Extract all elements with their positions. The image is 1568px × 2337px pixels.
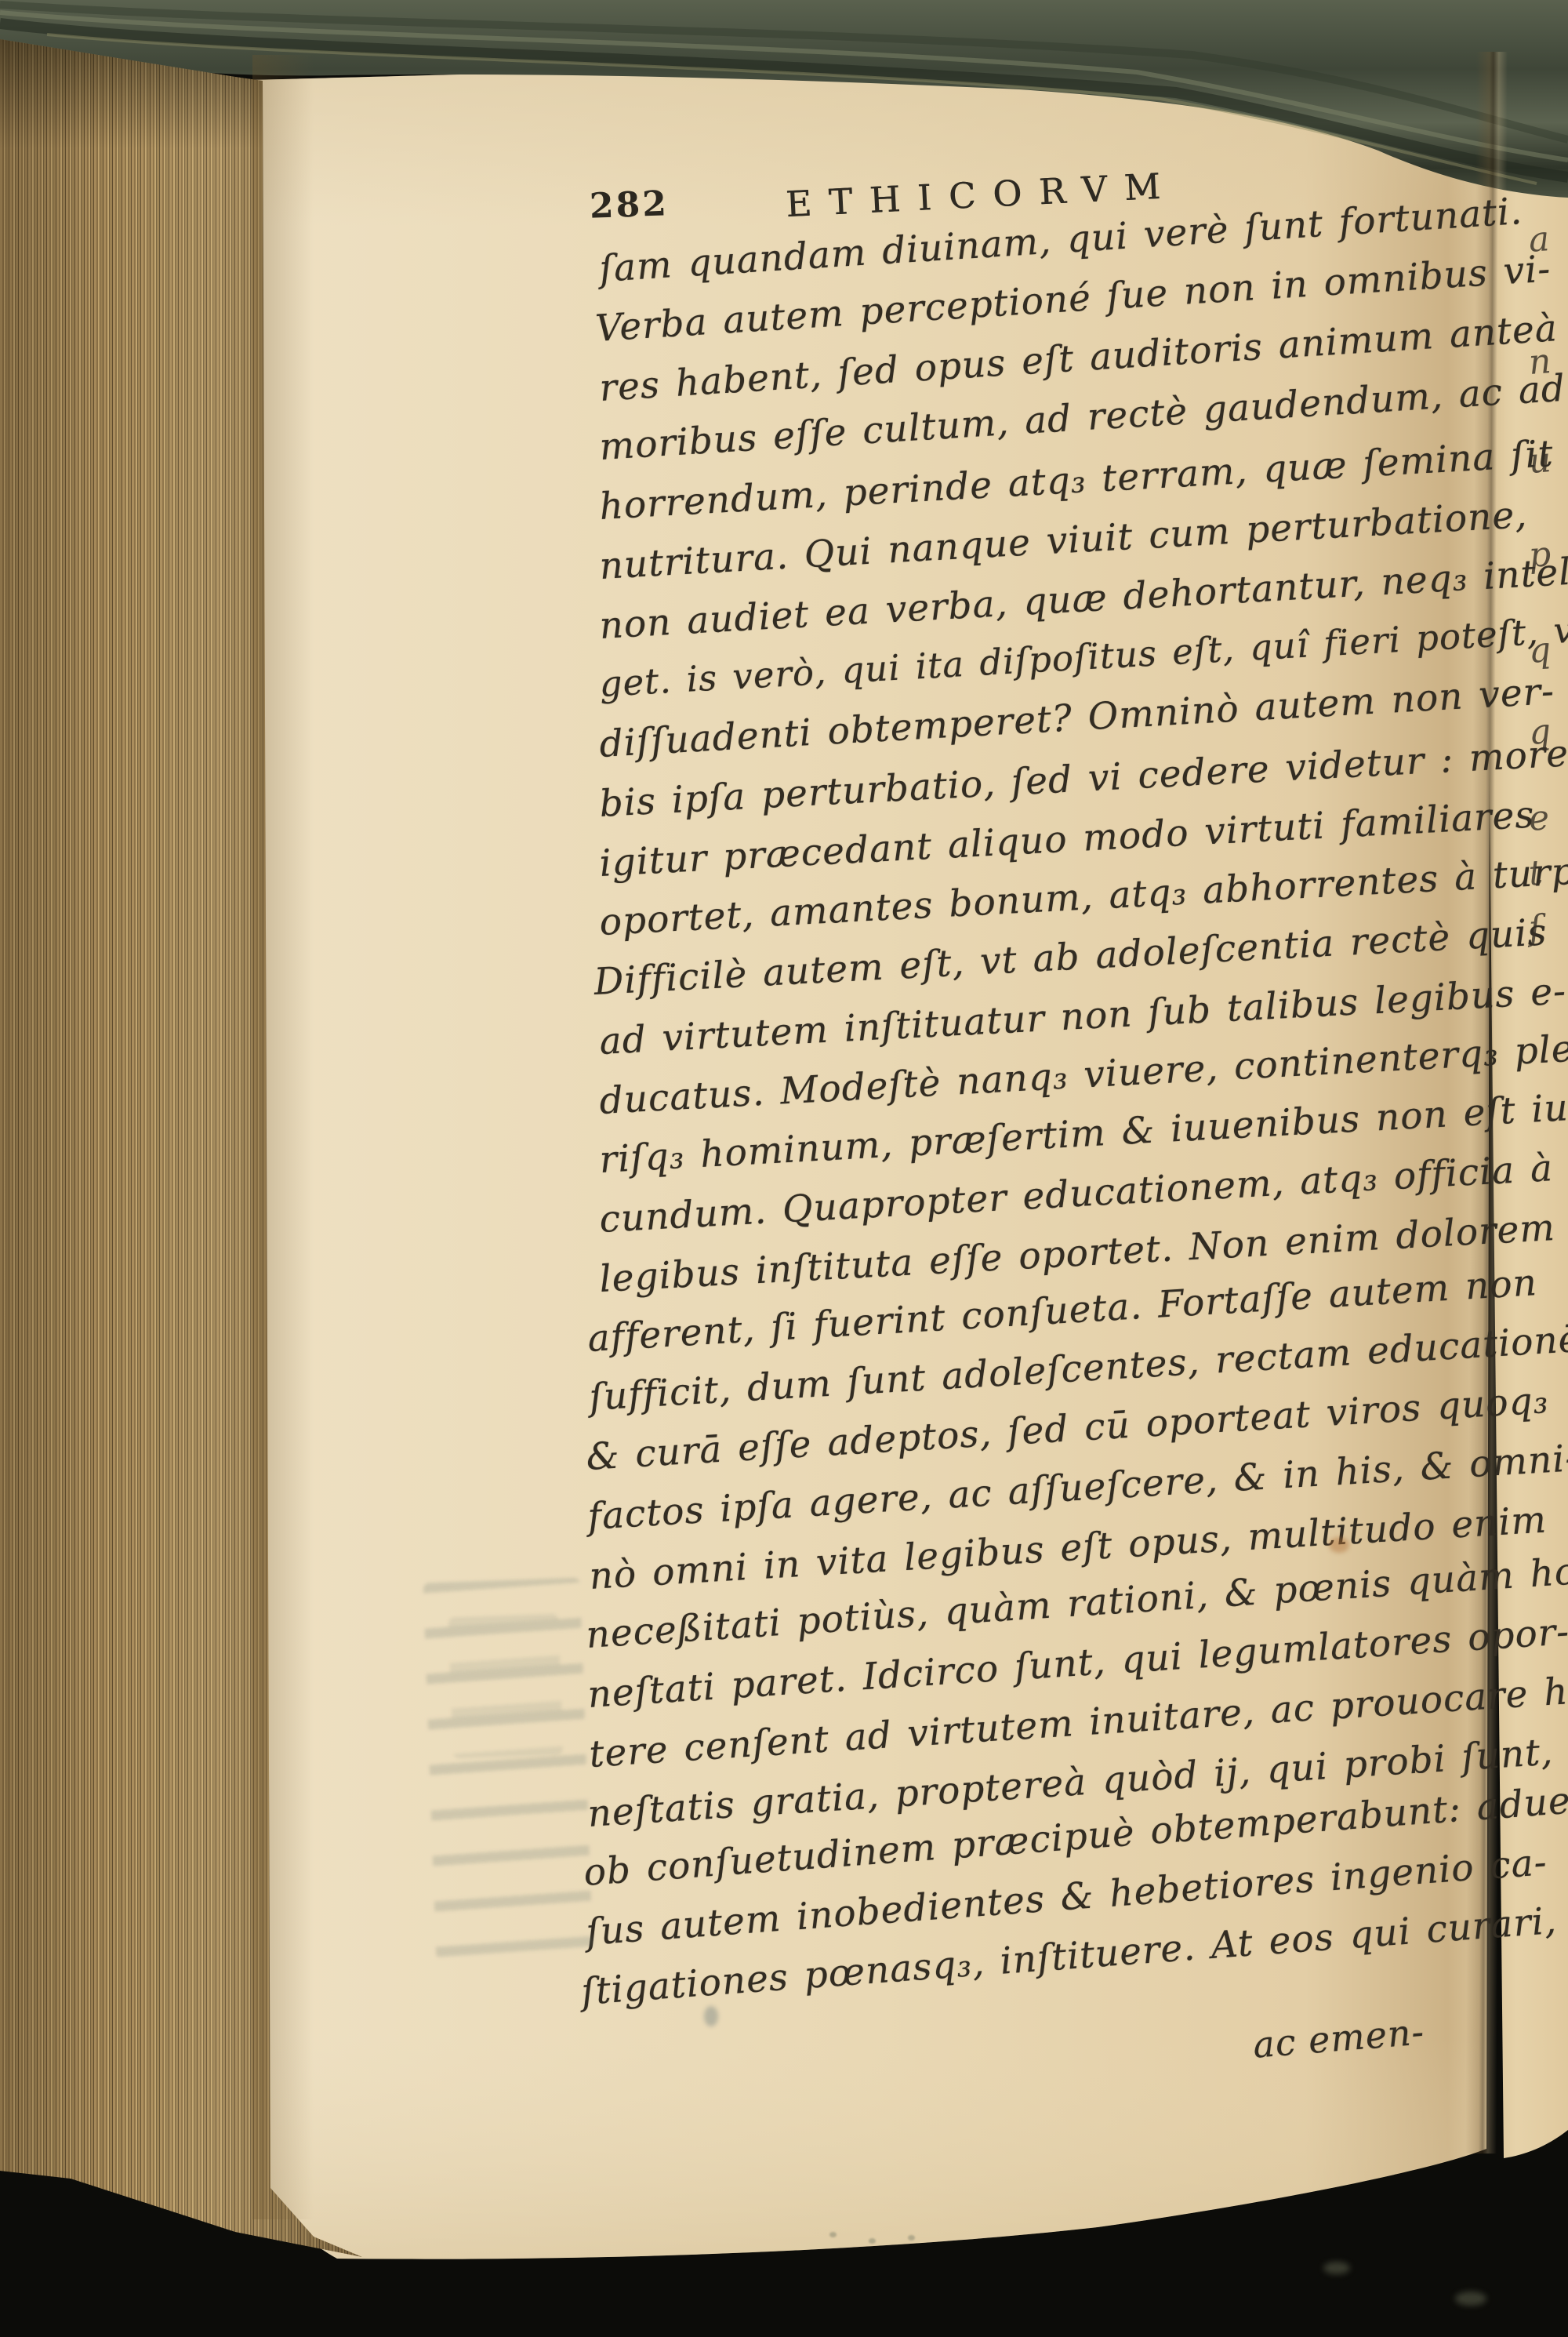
neighbor-letter-fragment: a bbox=[1527, 219, 1551, 260]
neighbor-letter-fragment: q bbox=[1527, 711, 1552, 753]
neighbor-letter-fragment: ſ bbox=[1527, 907, 1543, 948]
neighbor-letter-fragment: u bbox=[1527, 440, 1552, 482]
dust-speck bbox=[908, 2235, 915, 2241]
neighbor-letter-fragment: q bbox=[1527, 630, 1552, 671]
book-page-photo: 282 ETHICORVM ſam quandam diuinam, qui v… bbox=[0, 0, 1568, 2337]
ink-smudge bbox=[704, 2006, 718, 2026]
rust-stain bbox=[1329, 1537, 1349, 1553]
neighbor-letter-fragment: p bbox=[1527, 534, 1552, 576]
dust-speck bbox=[829, 2232, 837, 2237]
neighbor-letter-fragment: e bbox=[1527, 798, 1551, 839]
dust-speck bbox=[869, 2238, 876, 2244]
bleed-through-text bbox=[448, 1614, 563, 1759]
neighbor-letter-fragment: n bbox=[1527, 341, 1552, 383]
reflection-blob bbox=[1455, 2292, 1486, 2306]
inner-margin-shadow bbox=[252, 55, 314, 2219]
reflection-blob bbox=[1323, 2262, 1350, 2274]
neighbor-letter-fragment: t bbox=[1527, 852, 1544, 893]
page-number: 282 bbox=[589, 184, 670, 226]
